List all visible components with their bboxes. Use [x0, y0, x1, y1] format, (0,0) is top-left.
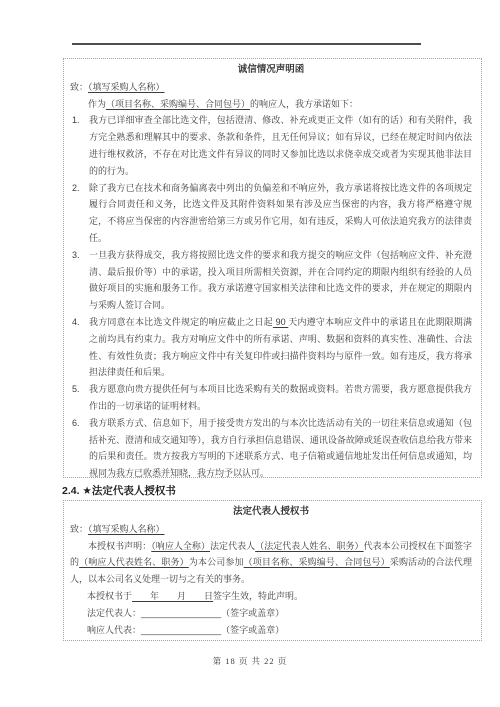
item-text: 我方同意在本比选文件规定的响应截止之日起 90 天内遵守本响应文件中的承诺且在此…: [89, 314, 472, 381]
doc2-body-paragraph: 本授权书声明：（响应人全称）法定代表人（法定代表人姓名、职务）代表本公司授权在下…: [70, 538, 472, 588]
item-number: 6.: [70, 415, 89, 478]
item-number: 1.: [70, 112, 89, 179]
doc2-addressee-line: 致：（填写采购人名称）: [70, 521, 472, 538]
doc2-sign-representative: 响应人代表：________________（签字或盖章）: [70, 622, 472, 639]
doc1-item-6: 6. 我方联系方式、信息如下，用于接受贵方发出的与本次比选活动有关的一切往来信息…: [70, 415, 472, 478]
page-number-footer: 第 18 页 共 22 页: [0, 653, 500, 670]
item-text: 我方联系方式、信息如下，用于接受贵方发出的与本次比选活动有关的一切往来信息或通知…: [89, 415, 472, 478]
integrity-statement-title: 诚信情况声明函: [70, 62, 472, 79]
item-number: 3.: [70, 247, 89, 314]
doc1-item-4: 4. 我方同意在本比选文件规定的响应截止之日起 90 天内遵守本响应文件中的承诺…: [70, 314, 472, 381]
item-number: 4.: [70, 314, 89, 381]
doc2-sign-legal-rep: 法定代表人：________________（签字或盖章）: [70, 605, 472, 622]
doc2-effective-line: 本授权书于 年 月 日签字生效，特此声明。: [70, 588, 472, 605]
doc1-item-2: 2. 除了我方已在技术和商务偏离表中列出的负偏差和不响应外，我方承诺将按比选文件…: [70, 180, 472, 247]
authorization-letter-section: 法定代表人授权书 致：（填写采购人名称） 本授权书声明：（响应人全称）法定代表人…: [63, 500, 482, 641]
doc1-intro-line: 作为（项目名称、采购编号、合同包号）的响应人，我方承诺如下：: [70, 96, 472, 113]
integrity-statement-section: 诚信情况声明函 致：（填写采购人名称） 作为（项目名称、采购编号、合同包号）的响…: [63, 58, 482, 478]
doc1-item-1: 1. 我方已详细审查全部比选文件，包括澄清、修改、补充或更正文件（如有的话）和有…: [70, 112, 472, 179]
item-text: 除了我方已在技术和商务偏离表中列出的负偏差和不响应外，我方承诺将按比选文件的各项…: [89, 180, 472, 247]
item-text: 我方已详细审查全部比选文件，包括澄清、修改、补充或更正文件（如有的话）和有关附件…: [89, 112, 472, 179]
document-page: 诚信情况声明函 致：（填写采购人名称） 作为（项目名称、采购编号、合同包号）的响…: [0, 0, 500, 707]
header-divider: [72, 43, 421, 45]
doc1-item-3: 3. 一旦我方获得成交，我方将按照比选文件的要求和我方提交的响应文件（包括响应文…: [70, 247, 472, 314]
section-heading-2-4: 2.4. ★法定代表人授权书: [62, 483, 176, 499]
item-text: 我方愿意向贵方提供任何与本项目比选采购有关的数据或资料。若贵方需要，我方愿意提供…: [89, 381, 472, 415]
doc1-addressee-line: 致：（填写采购人名称）: [70, 79, 472, 96]
item-number: 2.: [70, 180, 89, 247]
item-text: 一旦我方获得成交，我方将按照比选文件的要求和我方提交的响应文件（包括响应文件、补…: [89, 247, 472, 314]
item-number: 5.: [70, 381, 89, 415]
authorization-letter-title: 法定代表人授权书: [70, 504, 472, 521]
doc2-sign-respondent: 响应人：（全称并加盖单位公章）: [70, 638, 472, 641]
doc1-item-5: 5. 我方愿意向贵方提供任何与本项目比选采购有关的数据或资料。若贵方需要，我方愿…: [70, 381, 472, 415]
